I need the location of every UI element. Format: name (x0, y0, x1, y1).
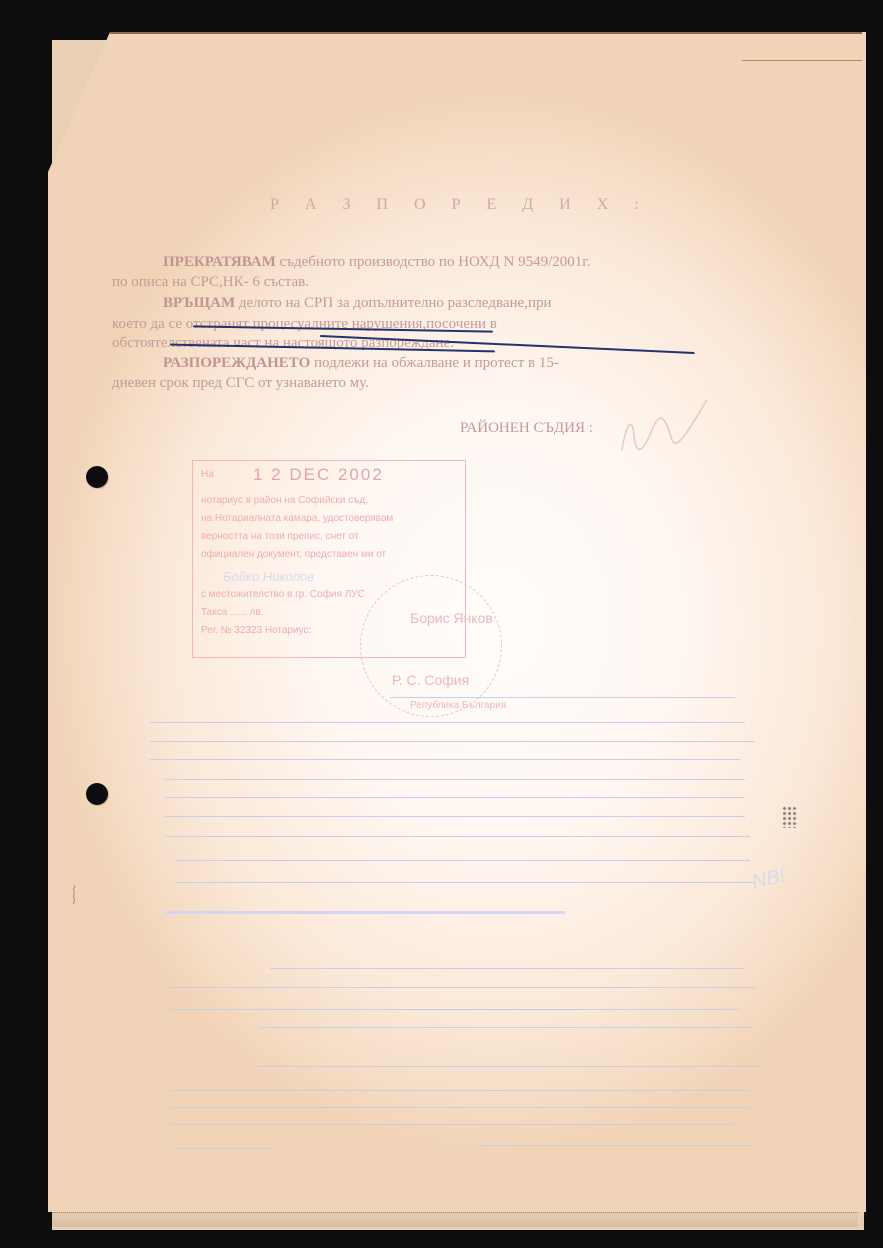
pencil-line (165, 836, 750, 837)
pencil-line (175, 882, 755, 883)
pencil-line (165, 816, 745, 817)
handwritten-name: Бойко Николов (223, 569, 314, 584)
paragraph-line-1: ПРЕКРАТЯВАМ съдебното производство по НО… (163, 254, 590, 271)
stamp-date: 1 2 DEC 2002 (253, 465, 384, 485)
pencil-line (150, 759, 740, 760)
pencil-line (172, 1148, 272, 1149)
pencil-line (175, 860, 750, 861)
paragraph-line-2: по описа на СРС,НК- 6 състав. (112, 274, 309, 291)
margin-scribble: ~~~ (66, 885, 81, 904)
pencil-line (150, 722, 745, 723)
ink-speckle (782, 806, 798, 828)
punch-hole-top (86, 466, 108, 488)
pencil-line (255, 1066, 760, 1067)
paragraph-line-3: ВРЪЩАМ делото на СРП за допълнително раз… (163, 295, 552, 312)
notary-round-seal (360, 575, 502, 717)
judge-signature (612, 395, 712, 465)
punch-hole-bottom (86, 783, 108, 805)
pencil-line (478, 1145, 753, 1146)
paragraph-line-7: дневен срок пред СГС от узнаването му. (112, 375, 369, 392)
pencil-line (260, 1027, 750, 1028)
paragraph-line-6: РАЗПОРЕЖДАНЕТО подлежи на обжалване и пр… (163, 355, 559, 372)
pencil-line (165, 987, 755, 988)
perforated-bottom-edge (52, 1212, 858, 1227)
pencil-line (270, 968, 745, 969)
document-heading: Р А З П О Р Е Д И Х : (270, 196, 650, 214)
pencil-line (170, 1009, 740, 1010)
fold-line (742, 60, 862, 61)
pencil-line (170, 1090, 750, 1091)
pencil-line (165, 797, 745, 798)
pencil-line (170, 1107, 750, 1108)
pencil-line (390, 697, 735, 698)
page-top-edge (110, 32, 862, 34)
lead-word: ПРЕКРАТЯВАМ (163, 254, 276, 270)
signature-label: РАЙОНЕН СЪДИЯ : (460, 420, 593, 437)
pencil-line (150, 741, 755, 742)
pencil-line (170, 1124, 735, 1125)
pencil-line (165, 911, 565, 914)
pencil-line (165, 779, 745, 780)
